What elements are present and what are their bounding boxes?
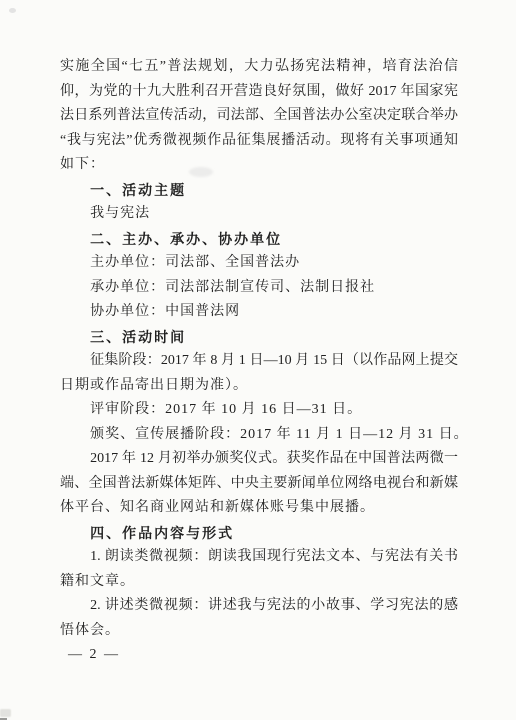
paragraph-line: 2017 年 12 月初举办颁奖仪式。获奖作品在中国普法两微一: [60, 447, 458, 472]
organizer-line: 主办单位：司法部、全国普法办: [60, 251, 458, 276]
paragraph-line: 法日系列普法宣传活动，司法部、全国普法办公室决定联合举办: [60, 104, 458, 129]
paragraph-line: “我与宪法”优秀微视频作品征集展播活动。现将有关事项通知: [60, 129, 458, 154]
section-heading-4: 四、作品内容与形式: [60, 521, 458, 546]
paragraph-line: 体平台、知名商业网站和新媒体账号集中展播。: [60, 496, 458, 521]
paragraph-line: 端、全国普法新媒体矩阵、中央主要新闻单位网络电视台和新媒: [60, 472, 458, 497]
organizer-line: 协办单位：中国普法网: [60, 300, 458, 325]
schedule-line: 日期或作品寄出日期为准）。: [60, 374, 458, 399]
list-item-line: 籍和文章。: [60, 570, 458, 595]
paragraph-line: 我与宪法: [60, 202, 458, 227]
section-heading-3: 三、活动时间: [60, 325, 458, 350]
scan-speck-artifact: [9, 8, 16, 13]
page-number: — 2 —: [60, 643, 458, 668]
scan-smudge-artifact: [0, 709, 11, 717]
schedule-line: 征集阶段：2017 年 8 月 1 日—10 月 15 日（以作品网上提交: [60, 349, 458, 374]
list-item-line: 悟体会。: [60, 619, 458, 644]
section-heading-1: 一、活动主题: [60, 178, 458, 203]
section-heading-2: 二、主办、承办、协办单位: [60, 227, 458, 252]
paragraph-line: 如下：: [60, 153, 458, 178]
scanned-page-sheet: 实施全国“七五”普法规划，大力弘扬宪法精神，培育法治信 仰，为党的十九大胜利召开…: [0, 0, 516, 720]
list-item-line: 2. 讲述类微视频：讲述我与宪法的小故事、学习宪法的感: [60, 594, 458, 619]
document-body: 实施全国“七五”普法规划，大力弘扬宪法精神，培育法治信 仰，为党的十九大胜利召开…: [60, 55, 458, 668]
organizer-line: 承办单位：司法部法制宣传司、法制日报社: [60, 276, 458, 301]
paragraph-line: 仰，为党的十九大胜利召开营造良好氛围，做好 2017 年国家宪: [60, 80, 458, 105]
schedule-line: 颁奖、宣传展播阶段：2017 年 11 月 1 日—12 月 31 日。: [60, 423, 458, 448]
schedule-line: 评审阶段：2017 年 10 月 16 日—31 日。: [60, 398, 458, 423]
list-item-line: 1. 朗读类微视频：朗读我国现行宪法文本、与宪法有关书: [60, 545, 458, 570]
paragraph-line: 实施全国“七五”普法规划，大力弘扬宪法精神，培育法治信: [60, 55, 458, 80]
